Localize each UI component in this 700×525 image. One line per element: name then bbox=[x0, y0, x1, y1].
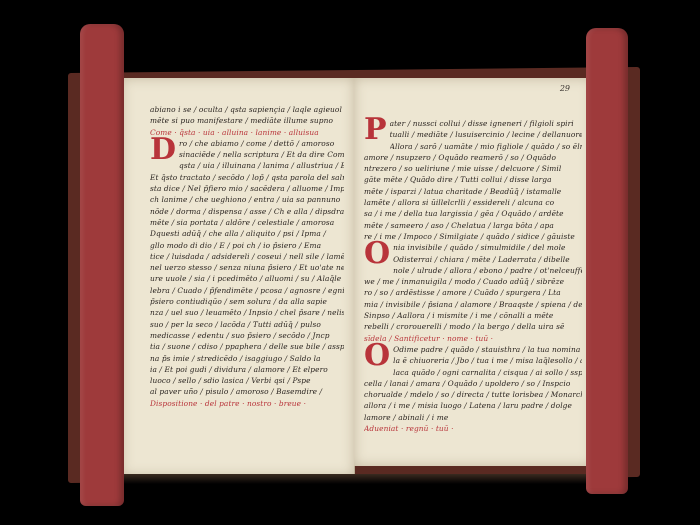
illuminated-initial: D bbox=[150, 136, 176, 164]
text-line: ater / nussci collui / disse igneneri / … bbox=[390, 118, 582, 129]
text-line: Sinpso / Aallora / i mismite / i me / cō… bbox=[364, 310, 582, 321]
text-line: ch lanime / che ueghiono / entra / uia s… bbox=[150, 194, 344, 205]
text-line: na p̄s imie / stredicēdo / isaggiugo / S… bbox=[150, 353, 344, 364]
text-line: mēte / sameero / aso / Chelatua / larga … bbox=[364, 220, 582, 231]
text-line: gllo modo di dio / E / poi ch / io p̄sie… bbox=[150, 240, 344, 251]
rubric-line: sīdela / Santificetur · nome · tuū · bbox=[364, 333, 582, 344]
text-line: cella / lanai / amara / Oquādo / upolder… bbox=[364, 378, 582, 389]
text-line: nole / ulrude / allora / ebono / padre /… bbox=[393, 265, 582, 276]
illuminated-initial: O bbox=[364, 240, 390, 268]
text-line: Et q̄sto tractato / secōdo / lop̄ / qsta… bbox=[150, 172, 344, 183]
text-line: lamēte / allora si ūillelcrlli / essider… bbox=[364, 197, 582, 208]
text-line: sinaciēde / nella scriptura / Et da dire… bbox=[179, 149, 344, 160]
text-line: nza / uel suo / leuamēto / Inpsio / chel… bbox=[150, 307, 344, 318]
text-line: abiano i se / oculta / qsta sapiençia / … bbox=[150, 104, 344, 115]
left-text-block: abiano i se / oculta / qsta sapiençia / … bbox=[150, 104, 344, 409]
text-line: mēte si puo manifestare / mediāte illume… bbox=[150, 115, 344, 126]
text-line: nel uerzo stesso / senza niuna p̄siero /… bbox=[150, 262, 344, 273]
page-number: 29 bbox=[560, 84, 570, 93]
text-line: gāte mēte / Quādo dire / Tutti collui / … bbox=[364, 174, 582, 185]
text-line: ure uuole / sia / i pcedimēto / alluomi … bbox=[150, 273, 344, 284]
text-line: amore / nsupzero / Oquādo reamerō / so /… bbox=[364, 152, 582, 163]
text-line: ntrezero / so ueliriune / mie uisse / de… bbox=[364, 163, 582, 174]
illuminated-initial: P bbox=[364, 116, 387, 144]
text-line: ia / Et poi gudi / dividura / alamore / … bbox=[150, 364, 344, 375]
text-line: sa / i me / della tua largissia / gēa / … bbox=[364, 208, 582, 219]
left-book-weight bbox=[80, 24, 124, 506]
text-line: chorualde / mdelo / so / directa / tutte… bbox=[364, 389, 582, 400]
text-line: tualli / mediāte / lusuisercinio / lecin… bbox=[390, 129, 582, 140]
text-line: re / i me / Impoco / Similgiate / quādo … bbox=[364, 231, 582, 242]
right-page: 29 P ater / nussci collui / disse ignene… bbox=[354, 78, 592, 466]
right-book-weight bbox=[586, 28, 628, 494]
text-line: ro / so / ardēstisse / amore / Cuādo / s… bbox=[364, 287, 582, 298]
text-line: allora / i me / misia luogo / Latena / l… bbox=[364, 400, 582, 411]
text-line: Odime padre / quādo / stauisthra / la tu… bbox=[393, 344, 582, 355]
text-line: suo / per la seco / lacōda / Tutti adūq̄… bbox=[150, 319, 344, 330]
rubric-line: Come · q̄sta · uia · alluina · lanime · … bbox=[150, 127, 344, 138]
text-line: tia / suone / cdiso / ppaphera / delle s… bbox=[150, 341, 344, 352]
rubric-closing: Adueniat · regnū · tuū · bbox=[364, 423, 582, 434]
text-line: lamore / abinali / i me bbox=[364, 412, 582, 423]
text-line: al paver uño / pisulo / amoroso / Basemd… bbox=[150, 386, 344, 397]
initial-paragraph: D ro / che abiamo / come / dettō / amoro… bbox=[150, 138, 344, 161]
text-line: mēte / sia portata / aldōre / celestiale… bbox=[150, 217, 344, 228]
text-line: tice / luisdada / adsidereli / coseui / … bbox=[150, 251, 344, 262]
text-line: lebra / Cuado / p̄fendimēte / pcosa / ag… bbox=[150, 285, 344, 296]
text-line: sta dice / Nel p̄fiero mio / sacēdera / … bbox=[150, 183, 344, 194]
book-edge-shadow bbox=[120, 474, 600, 484]
text-line: Allora / sarō / uamāte / mio figliole / … bbox=[390, 141, 582, 152]
text-line: we / me / inmanuigila / modo / Cuado adū… bbox=[364, 276, 582, 287]
text-line: mēte / isparzi / latua charitade / Beadū… bbox=[364, 186, 582, 197]
text-line: qsta / uia / illuinana / lanima / allust… bbox=[179, 160, 344, 171]
text-line: rebelli / crorouerelli / modo / la bergo… bbox=[364, 321, 582, 332]
right-text-block: P ater / nussci collui / disse igneneri … bbox=[364, 118, 582, 434]
left-page: abiano i se / oculta / qsta sapiençia / … bbox=[122, 78, 355, 476]
text-line: la ē chiuoreria / Jbo / tua i me / misa … bbox=[393, 355, 582, 366]
text-line: nōde / dorma / dispensa / asse / Ch e al… bbox=[150, 206, 344, 217]
illuminated-initial: O bbox=[364, 342, 390, 370]
text-line: mia / invisibile / p̄siana / alamore / B… bbox=[364, 299, 582, 310]
text-line: ro / che abiamo / come / dettō / amoroso bbox=[179, 138, 344, 149]
text-line: Dquesti adūq̄ / che alla / aliquito / ps… bbox=[150, 228, 344, 239]
initial-paragraph: O Odime padre / quādo / stauisthra / la … bbox=[364, 344, 582, 367]
text-line: luoco / sello / sdio lasica / Verbi qsi … bbox=[150, 375, 344, 386]
rubric-closing: Dispositione · del patre · nostro · breu… bbox=[150, 398, 344, 409]
text-line: nia invisibile / quādo / simulmidile / d… bbox=[393, 242, 582, 253]
initial-paragraph: O nia invisibile / quādo / simulmidile /… bbox=[364, 242, 582, 265]
text-line: p̄siero contiudiqūo / sem solura / da al… bbox=[150, 296, 344, 307]
initial-paragraph: P ater / nussci collui / disse igneneri … bbox=[364, 118, 582, 141]
text-line: Odisterrai / chiara / mēte / Laderrata /… bbox=[393, 254, 582, 265]
text-line: medicasse / edentu / suo p̄siero / secōd… bbox=[150, 330, 344, 341]
text-line: laca quādo / ogni carnalita / cisqua / a… bbox=[393, 367, 582, 378]
